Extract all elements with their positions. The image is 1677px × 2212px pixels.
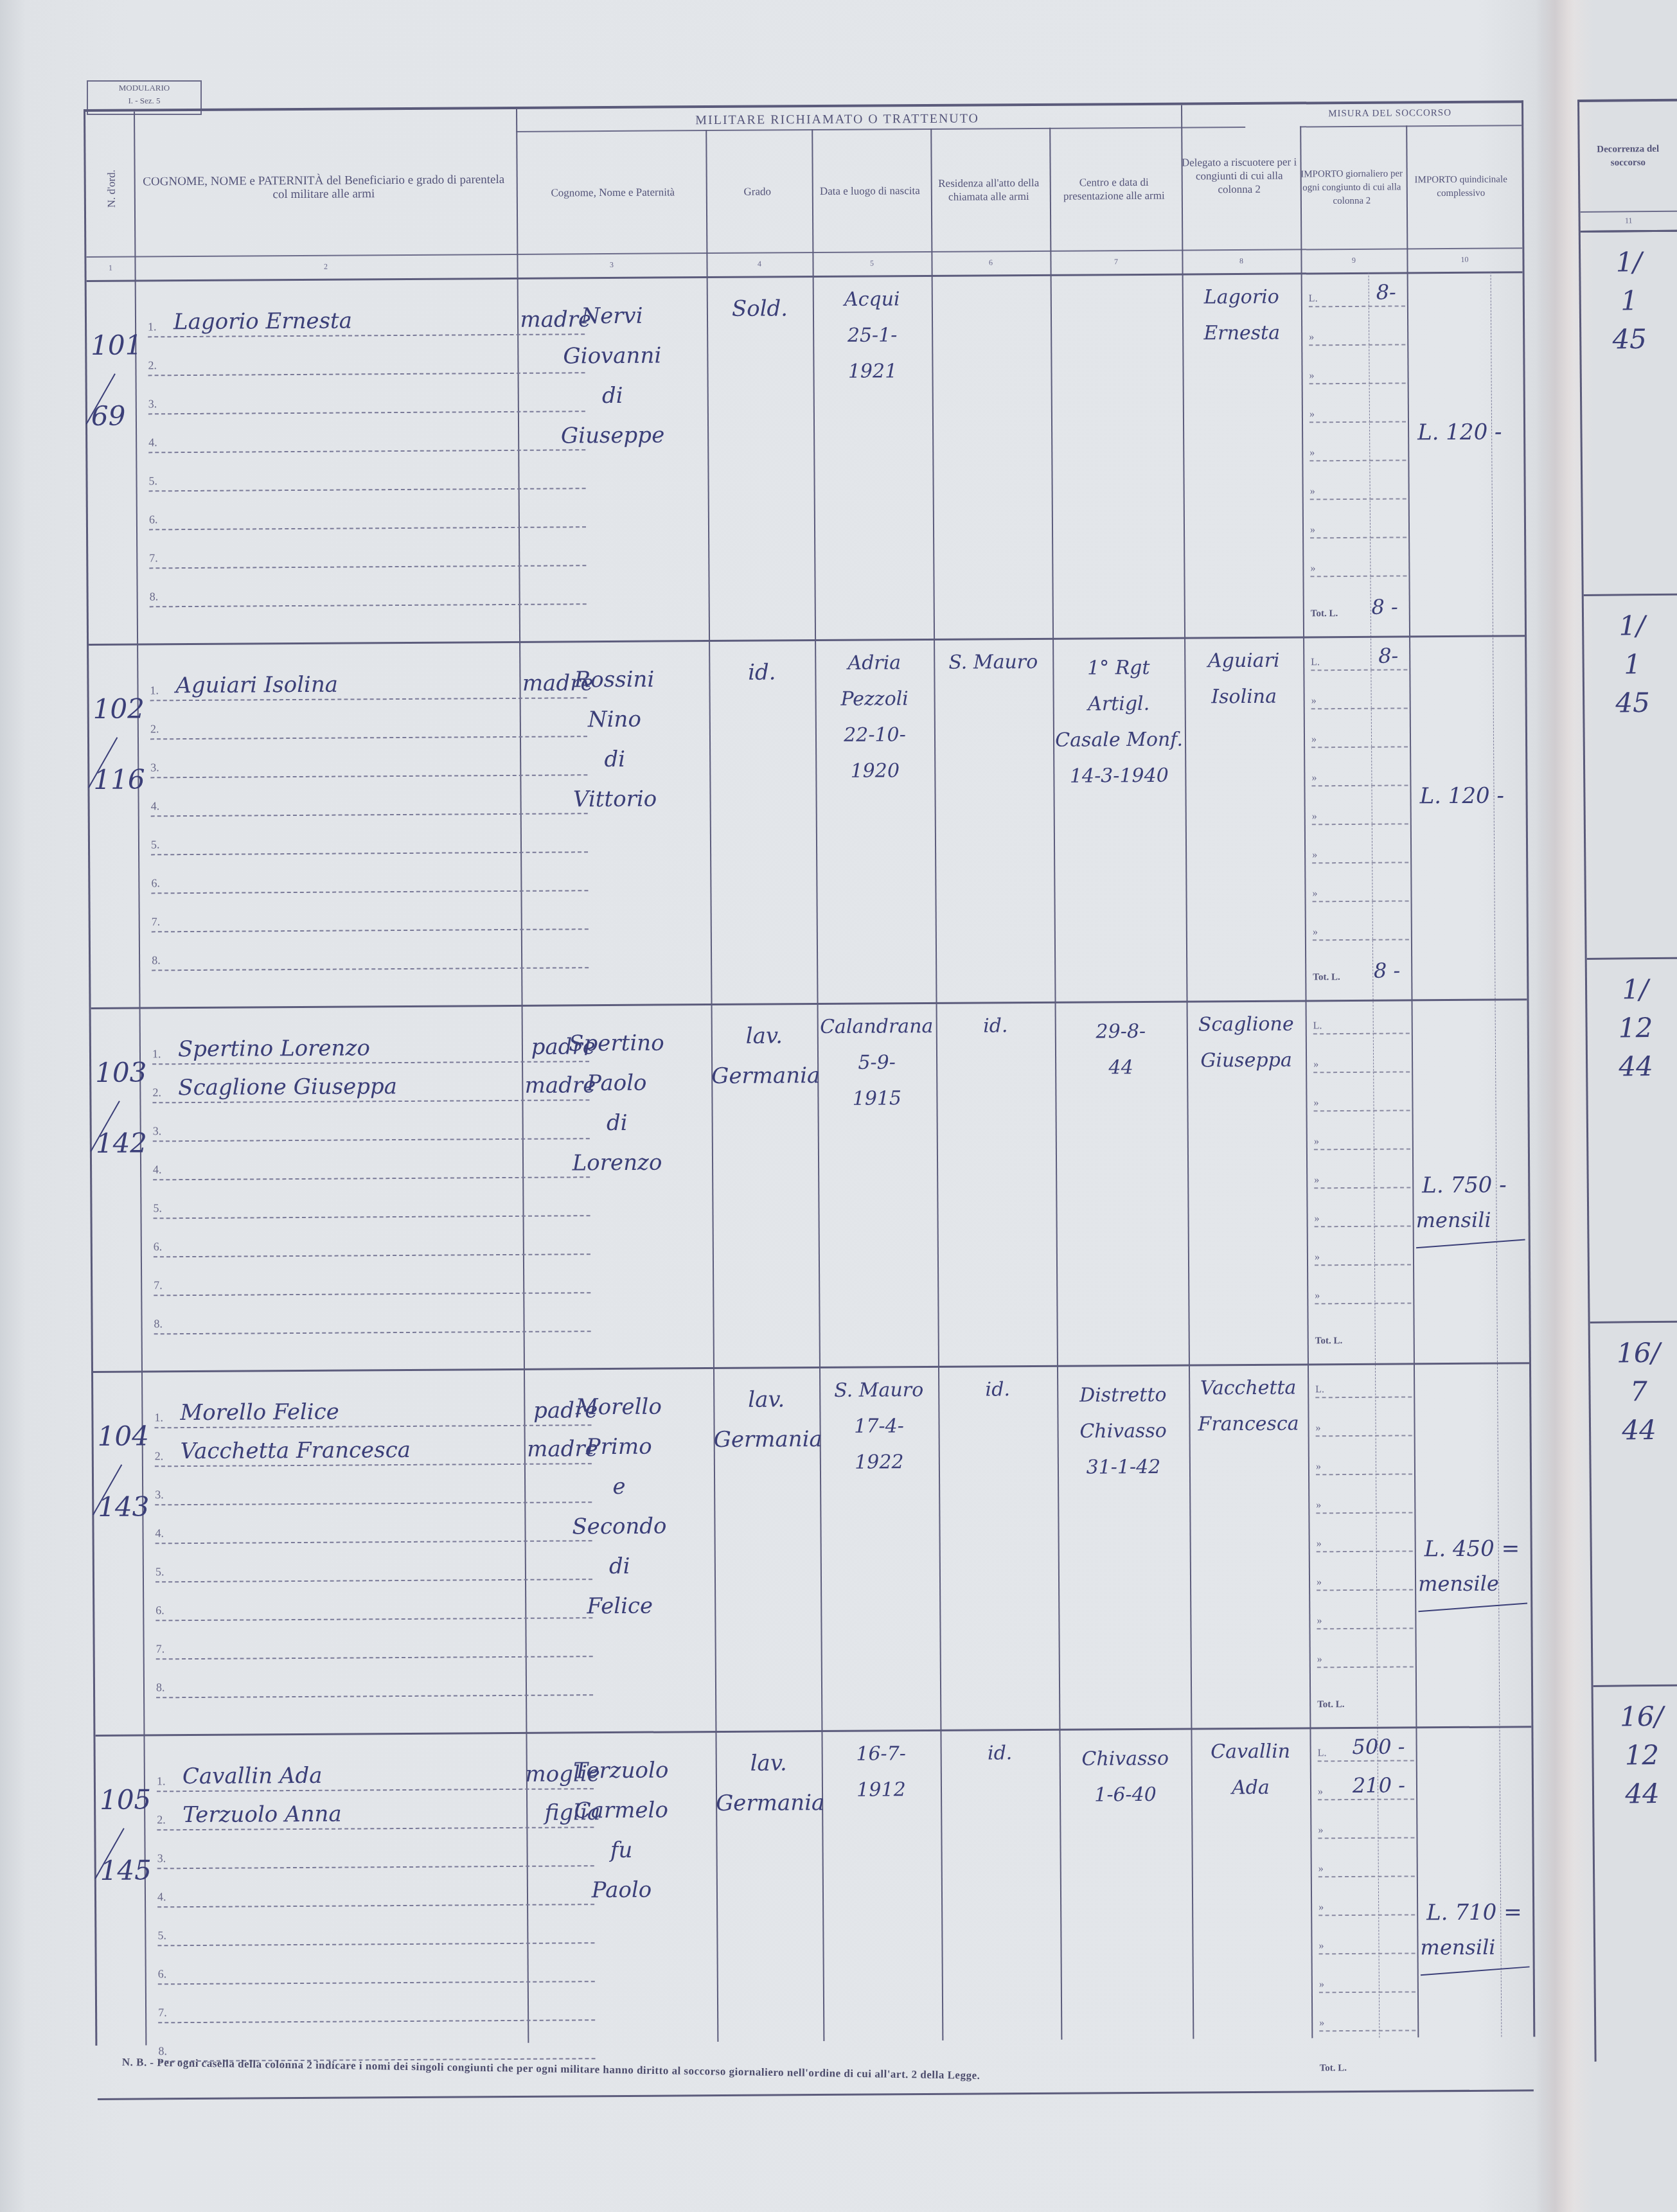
daily-amount-line: » xyxy=(1310,503,1406,538)
col-header-8: Delegato a riscuotere per i congiunti di… xyxy=(1181,104,1297,246)
ord-number-top: 102 xyxy=(93,695,145,723)
lire-prefix: » xyxy=(1309,409,1315,420)
underline-mark xyxy=(1418,1602,1527,1612)
lire-prefix: » xyxy=(1317,1654,1322,1665)
underline-mark xyxy=(1421,1966,1530,1976)
military-name: Rossini Nino di Vittorio xyxy=(519,659,710,820)
daily-amount-line: »210 - xyxy=(1318,1765,1414,1800)
beneficiary-slot-number: 8. xyxy=(154,1317,163,1331)
daily-amount-line: » xyxy=(1318,1803,1414,1839)
record-row: 1051451.Cavallin Adamoglie2.Terzuolo Ann… xyxy=(95,1726,1533,2098)
daily-total-line: Tot. L. xyxy=(1319,2041,1415,2075)
lire-prefix: » xyxy=(1317,1577,1322,1588)
daily-amount-line: » xyxy=(1313,905,1409,941)
presentation-center: 29-8- 44 xyxy=(1055,1014,1187,1086)
birth-date-place: Adria Pezzoli 22-10- 1920 xyxy=(815,645,934,790)
residence: id. xyxy=(940,1735,1059,1772)
lire-prefix: » xyxy=(1311,695,1317,707)
beneficiary-name: Vacchetta Francesca xyxy=(181,1437,411,1464)
beneficiary-slot-number: 4. xyxy=(153,1163,162,1176)
daily-amount-line: » xyxy=(1310,542,1406,577)
beneficiary-slot-number: 5. xyxy=(151,838,160,851)
daily-total-line: Tot. L. xyxy=(1317,1677,1414,1712)
record-divider xyxy=(1593,1685,1677,1687)
underline-mark xyxy=(1416,1239,1525,1248)
presentation-center: Chivasso 1-6-40 xyxy=(1060,1741,1192,1814)
facing-page-column: Decorrenza del soccorso 11 1/ 1 451/ 1 4… xyxy=(1577,99,1677,2062)
lire-prefix: » xyxy=(1310,524,1315,536)
beneficiary-name: Cavallin Ada xyxy=(182,1763,323,1789)
col-number-1: 1 xyxy=(86,263,134,273)
record-divider xyxy=(1587,957,1677,960)
beneficiary-slot-number: 2. xyxy=(157,1813,166,1827)
col-number-5: 5 xyxy=(812,258,931,269)
col-number-2: 2 xyxy=(134,261,517,273)
lire-prefix: » xyxy=(1313,1097,1318,1109)
beneficiary-slot-number: 8. xyxy=(156,1681,165,1694)
beneficiary-slot-number: 1. xyxy=(148,320,157,333)
daily-amount-line: » xyxy=(1311,751,1408,786)
lire-prefix: » xyxy=(1310,486,1315,497)
col-header-2: COGNOME, NOME e PATERNITÀ del Beneficiar… xyxy=(137,122,510,253)
lire-prefix: L. xyxy=(1311,657,1320,668)
lire-prefix: » xyxy=(1309,332,1314,343)
beneficiary-name: Aguiari Isolina xyxy=(175,672,338,699)
military-name: Morello Primo e Secondo di Felice xyxy=(524,1386,714,1627)
lire-prefix: » xyxy=(1315,1252,1320,1263)
daily-amount-line: L.8- xyxy=(1309,272,1405,307)
daily-amount-line: » xyxy=(1312,867,1408,902)
beneficiary-slot-number: 7. xyxy=(156,1642,165,1656)
lire-prefix: » xyxy=(1311,734,1317,745)
decorrenza: 1/ 12 44 xyxy=(1590,970,1677,1086)
daily-amount-line: » xyxy=(1317,1632,1414,1668)
beneficiary-slot-number: 6. xyxy=(149,513,158,526)
lire-prefix: » xyxy=(1317,1615,1322,1627)
ord-number-top: 103 xyxy=(95,1058,146,1086)
beneficiary-slot-number: 2. xyxy=(148,358,157,372)
birth-date-place: Acqui 25-1- 1921 xyxy=(813,281,932,390)
daily-amount: 500 - xyxy=(1352,1734,1405,1759)
lire-prefix: » xyxy=(1311,772,1317,784)
delegate: Scaglione Giuseppa xyxy=(1187,1006,1306,1079)
decorrenza-column: 1/ 1 451/ 1 451/ 12 4416/ 7 4416/ 12 44 xyxy=(1579,102,1677,102)
beneficiary-slot-number: 5. xyxy=(157,1929,166,1942)
beneficiary-slot-number: 3. xyxy=(155,1488,164,1501)
ord-number-bottom: 116 xyxy=(93,765,145,793)
lire-prefix: » xyxy=(1312,811,1317,822)
presentation-center: 1° Rgt Artigl. Casale Monf. 14-3-1940 xyxy=(1052,650,1185,795)
col-header-9: IMPORTO giornaliero per ogni congiunto d… xyxy=(1300,129,1403,245)
lire-prefix: » xyxy=(1309,447,1315,459)
beneficiary-line: 5. xyxy=(151,814,588,855)
delegate: Aguiari Isolina xyxy=(1184,642,1304,715)
lire-prefix: » xyxy=(1317,1538,1322,1550)
lire-prefix: » xyxy=(1316,1500,1321,1511)
daily-amount-line: » xyxy=(1309,349,1405,384)
beneficiary-line: 8. xyxy=(154,1293,590,1334)
military-name: Spertino Paolo di Lorenzo xyxy=(522,1023,713,1183)
record-divider xyxy=(1581,230,1677,233)
lire-prefix: » xyxy=(1319,1979,1324,1990)
col-header-6: Residenza all'atto della chiamata alle a… xyxy=(930,132,1047,248)
daily-amount-line: » xyxy=(1318,1919,1415,1954)
fortnight-total: L. 750 - xyxy=(1422,1172,1507,1199)
lire-prefix: » xyxy=(1310,563,1315,574)
daily-amount-line: » xyxy=(1314,1115,1410,1150)
lire-prefix: » xyxy=(1318,1940,1324,1952)
beneficiary-line: 7. xyxy=(158,1982,595,2023)
birth-date-place: S. Mauro 17-4- 1922 xyxy=(819,1372,939,1481)
daily-amount-line: » xyxy=(1314,1192,1410,1227)
beneficiary-slot-number: 4. xyxy=(157,1890,166,1904)
residence: id. xyxy=(938,1372,1057,1408)
lire-prefix: L. xyxy=(1318,1747,1327,1759)
col-header-11: Decorrenza del soccorso xyxy=(1583,108,1673,205)
beneficiary-line: 7. xyxy=(149,527,586,569)
daily-amount-line: » xyxy=(1309,387,1406,423)
decorrenza: 1/ 1 45 xyxy=(1584,243,1675,359)
register-table: MILITARE RICHIAMATO O TRATTENUTO MISURA … xyxy=(84,100,1535,2046)
daily-amount: 8- xyxy=(1376,280,1396,305)
daily-total-line: Tot. L.8 - xyxy=(1313,950,1409,984)
daily-amount-line: » xyxy=(1311,674,1407,709)
daily-amount-line: » xyxy=(1315,1401,1412,1437)
decorrenza: 16/ 7 44 xyxy=(1593,1334,1677,1450)
daily-amount: 8- xyxy=(1378,644,1398,668)
beneficiary-line: 8. xyxy=(152,930,589,971)
lire-prefix: » xyxy=(1318,1825,1323,1836)
lire-prefix: L. xyxy=(1315,1384,1324,1395)
col-header-7: Centro e data di presentazione alle armi xyxy=(1049,131,1178,247)
beneficiary-slot-number: 7. xyxy=(149,551,158,565)
beneficiary-slot-number: 2. xyxy=(150,722,159,736)
beneficiary-slot-number: 3. xyxy=(148,397,157,411)
daily-amount-line: » xyxy=(1316,1440,1412,1475)
record-divider xyxy=(1584,594,1677,596)
ord-number-bottom: 145 xyxy=(100,1856,152,1884)
lire-prefix: » xyxy=(1315,1213,1320,1225)
delegate: Vacchetta Francesca xyxy=(1189,1370,1308,1442)
lire-prefix: » xyxy=(1318,1902,1324,1913)
daily-amount-line: L. xyxy=(1315,1363,1412,1398)
residence: id. xyxy=(936,1008,1055,1045)
daily-amount-line: » xyxy=(1312,790,1408,825)
record-row: 1021161.Aguiari Isolinamadre2.3.4.5.6.7.… xyxy=(89,635,1527,1007)
record-row: 101691.Lagorio Ernestamadre2.3.4.5.6.7.8… xyxy=(87,271,1525,644)
lire-prefix: » xyxy=(1309,370,1315,382)
record-row: 1031421.Spertino Lorenzopadre2.Scaglione… xyxy=(91,998,1529,1371)
group-header-misura: MISURA DEL SOCCORSO xyxy=(1293,103,1486,124)
lire-prefix: » xyxy=(1314,1174,1319,1186)
daily-amount-line: » xyxy=(1309,465,1406,500)
beneficiary-slot-number: 1. xyxy=(152,1047,161,1061)
beneficiary-slot-number: 3. xyxy=(150,761,159,774)
daily-amount-line: L.8- xyxy=(1311,635,1407,671)
ord-number-bottom: 142 xyxy=(96,1129,147,1157)
beneficiary-slot-number: 5. xyxy=(153,1201,162,1215)
beneficiary-name: Terzuolo Anna xyxy=(182,1801,342,1828)
col-number-10: 10 xyxy=(1406,254,1522,265)
beneficiary-slot-number: 6. xyxy=(155,1604,164,1617)
beneficiary-name: Spertino Lorenzo xyxy=(178,1035,370,1062)
daily-amount-line: » xyxy=(1317,1555,1413,1591)
ord-number-bottom: 69 xyxy=(91,402,126,430)
decorrenza: 1/ 1 45 xyxy=(1587,606,1677,723)
military-grade: Sold. xyxy=(707,288,813,329)
record-divider xyxy=(1590,1321,1677,1323)
book-gutter xyxy=(1536,0,1574,2212)
daily-amount-line: » xyxy=(1315,1269,1411,1304)
military-grade: lav. Germania xyxy=(711,1016,818,1096)
beneficiary-slot-number: 8. xyxy=(152,953,161,967)
col-number-4: 4 xyxy=(706,259,812,269)
beneficiary-line: 8. xyxy=(156,1657,593,1698)
daily-amount-line: » xyxy=(1315,1230,1411,1266)
col-header-10: IMPORTO quindicinale complessivo xyxy=(1406,128,1516,245)
col-header-5: Data e luogo di nascita xyxy=(812,132,928,249)
daily-amount-line: » xyxy=(1317,1594,1413,1629)
beneficiary-slot-number: 3. xyxy=(157,1852,166,1865)
ord-number-bottom: 143 xyxy=(98,1492,149,1521)
beneficiary-line: 6. xyxy=(157,1943,594,1985)
daily-total: 8 - xyxy=(1374,959,1401,983)
beneficiary-line: 6. xyxy=(149,489,586,530)
beneficiary-slot-number: 1. xyxy=(150,684,159,697)
col-number-3: 3 xyxy=(517,260,706,270)
lire-prefix: » xyxy=(1313,1059,1318,1070)
beneficiary-line: 6. xyxy=(154,1216,590,1257)
fortnight-total: L. 710 = xyxy=(1426,1899,1522,1925)
beneficiary-name: Scaglione Giuseppa xyxy=(178,1074,397,1101)
fortnight-total: L. 120 - xyxy=(1417,420,1502,446)
beneficiary-slot-number: 6. xyxy=(151,876,160,890)
divider xyxy=(1300,125,1522,127)
delegate: Cavallin Ada xyxy=(1191,1733,1310,1806)
beneficiary-line: 5. xyxy=(148,450,585,491)
total-label: Tot. L. xyxy=(1320,2063,1347,2074)
beneficiary-slot-number: 2. xyxy=(155,1449,164,1463)
military-grade: id. xyxy=(709,652,815,693)
col-header-3: Cognome, Nome e Paternità xyxy=(522,134,703,251)
total-label: Tot. L. xyxy=(1311,608,1338,619)
military-grade: lav. Germania xyxy=(716,1743,822,1823)
modulario-title: MODULARIO xyxy=(88,82,200,94)
record-row: 1041431.Morello Felicepadre2.Vacchetta F… xyxy=(93,1362,1531,1735)
modulario-code: I. - Sez. 5 xyxy=(88,94,200,107)
beneficiary-slot-number: 7. xyxy=(158,2006,167,2019)
presentation-center: Distretto Chivasso 31-1-42 xyxy=(1057,1377,1189,1486)
residence xyxy=(932,281,1051,281)
lire-prefix: » xyxy=(1312,888,1317,899)
lire-prefix: » xyxy=(1318,1863,1324,1875)
daily-amount-line: » xyxy=(1319,1958,1415,1993)
beneficiary-slot-number: 1. xyxy=(154,1411,163,1424)
lire-prefix: » xyxy=(1314,1136,1319,1147)
col-number-7: 7 xyxy=(1050,257,1182,267)
daily-amount-line: » xyxy=(1316,1478,1412,1514)
col-header-1: N. d'ord. xyxy=(105,144,118,234)
col-number-6: 6 xyxy=(931,258,1050,268)
daily-amount-line: » xyxy=(1312,828,1408,863)
daily-amount-line: L.500 - xyxy=(1317,1726,1414,1762)
beneficiary-slot-number: 7. xyxy=(154,1279,163,1292)
beneficiary-slot-number: 7. xyxy=(152,915,161,928)
register-page: MODULARIO I. - Sez. 5 MILITARE RICHIAMAT… xyxy=(0,0,1677,2212)
daily-total-line: Tot. L.8 - xyxy=(1311,587,1407,621)
daily-amount-line: » xyxy=(1318,1842,1415,1877)
delegate: Lagorio Ernesta xyxy=(1182,279,1302,351)
beneficiary-slot-number: 2. xyxy=(152,1086,161,1099)
fortnight-unit: mensili xyxy=(1420,1935,1495,1960)
beneficiary-line: 8. xyxy=(158,2021,595,2062)
lire-prefix: » xyxy=(1319,2017,1324,2029)
total-label: Tot. L. xyxy=(1313,972,1340,983)
beneficiary-slot-number: 1. xyxy=(157,1774,166,1788)
beneficiary-line: 6. xyxy=(151,853,588,894)
beneficiary-line: 8. xyxy=(149,566,586,607)
ord-number-top: 101 xyxy=(91,331,142,359)
total-label: Tot. L. xyxy=(1315,1336,1342,1347)
daily-amount-line: L. xyxy=(1313,999,1410,1034)
col-header-4: Grado xyxy=(705,133,809,249)
fortnight-unit: mensili xyxy=(1415,1208,1491,1233)
beneficiary-slot-number: 8. xyxy=(150,590,159,603)
daily-amount-line: » xyxy=(1316,1517,1412,1552)
beneficiary-slot-number: 3. xyxy=(153,1124,162,1138)
beneficiary-slot-number: 4. xyxy=(148,436,157,449)
daily-total: 8 - xyxy=(1371,595,1398,619)
lire-prefix: L. xyxy=(1313,1020,1322,1032)
ord-number-top: 105 xyxy=(100,1785,151,1814)
lire-prefix: » xyxy=(1313,926,1318,938)
col-number-8: 8 xyxy=(1182,256,1300,266)
daily-total-line: Tot. L. xyxy=(1315,1314,1411,1348)
beneficiary-name: Morello Felice xyxy=(180,1399,339,1426)
lire-prefix: » xyxy=(1318,1786,1323,1798)
lire-prefix: » xyxy=(1315,1290,1320,1302)
lire-prefix: » xyxy=(1316,1422,1321,1434)
ord-number-top: 104 xyxy=(97,1422,148,1450)
military-name: Terzuolo Carmelo fu Paolo xyxy=(526,1750,717,1911)
beneficiary-line: 5. xyxy=(157,1905,594,1946)
beneficiary-line: 7. xyxy=(154,1255,590,1296)
beneficiary-name: Lagorio Ernesta xyxy=(173,308,352,335)
col-number-11: 11 xyxy=(1581,216,1677,226)
beneficiary-slot-number: 6. xyxy=(158,1967,167,1981)
total-label: Tot. L. xyxy=(1317,1699,1344,1710)
lire-prefix: L. xyxy=(1309,293,1318,305)
beneficiary-line: 7. xyxy=(151,891,588,932)
daily-amount-line: » xyxy=(1313,1076,1410,1111)
daily-amount-line: » xyxy=(1318,1880,1415,1916)
beneficiary-slot-number: 4. xyxy=(151,799,160,813)
daily-amount-line: » xyxy=(1313,1038,1410,1073)
military-grade: lav. Germania xyxy=(713,1379,820,1460)
residence: S. Mauro xyxy=(934,644,1052,681)
lire-prefix: » xyxy=(1316,1461,1321,1473)
presentation-center xyxy=(1051,287,1182,287)
fortnight-unit: mensile xyxy=(1418,1571,1499,1597)
beneficiary-slot-number: 5. xyxy=(148,474,157,488)
col-number-9: 9 xyxy=(1300,255,1406,265)
beneficiary-slot-number: 5. xyxy=(155,1565,164,1579)
daily-amount-line: » xyxy=(1311,712,1408,748)
daily-amount: 210 - xyxy=(1353,1773,1405,1798)
decorrenza: 16/ 12 44 xyxy=(1597,1697,1677,1814)
fortnight-total: L. 120 - xyxy=(1419,783,1504,810)
fortnight-total: L. 450 = xyxy=(1424,1535,1520,1562)
beneficiary-slot-number: 4. xyxy=(155,1526,164,1540)
divider xyxy=(1581,211,1677,213)
daily-amount-line: » xyxy=(1309,310,1405,346)
daily-amount-line: » xyxy=(1309,426,1406,461)
military-name: Nervi Giovanni di Giuseppe xyxy=(517,296,708,456)
birth-date-place: 16-7- 1912 xyxy=(821,1736,941,1809)
birth-date-place: Calandrana 5-9- 1915 xyxy=(817,1009,937,1117)
beneficiary-line: 5. xyxy=(153,1178,590,1219)
lire-prefix: » xyxy=(1312,849,1317,861)
daily-amount-line: » xyxy=(1314,1153,1410,1189)
beneficiary-slot-number: 6. xyxy=(154,1240,163,1253)
daily-amount-line: » xyxy=(1319,1996,1415,2031)
